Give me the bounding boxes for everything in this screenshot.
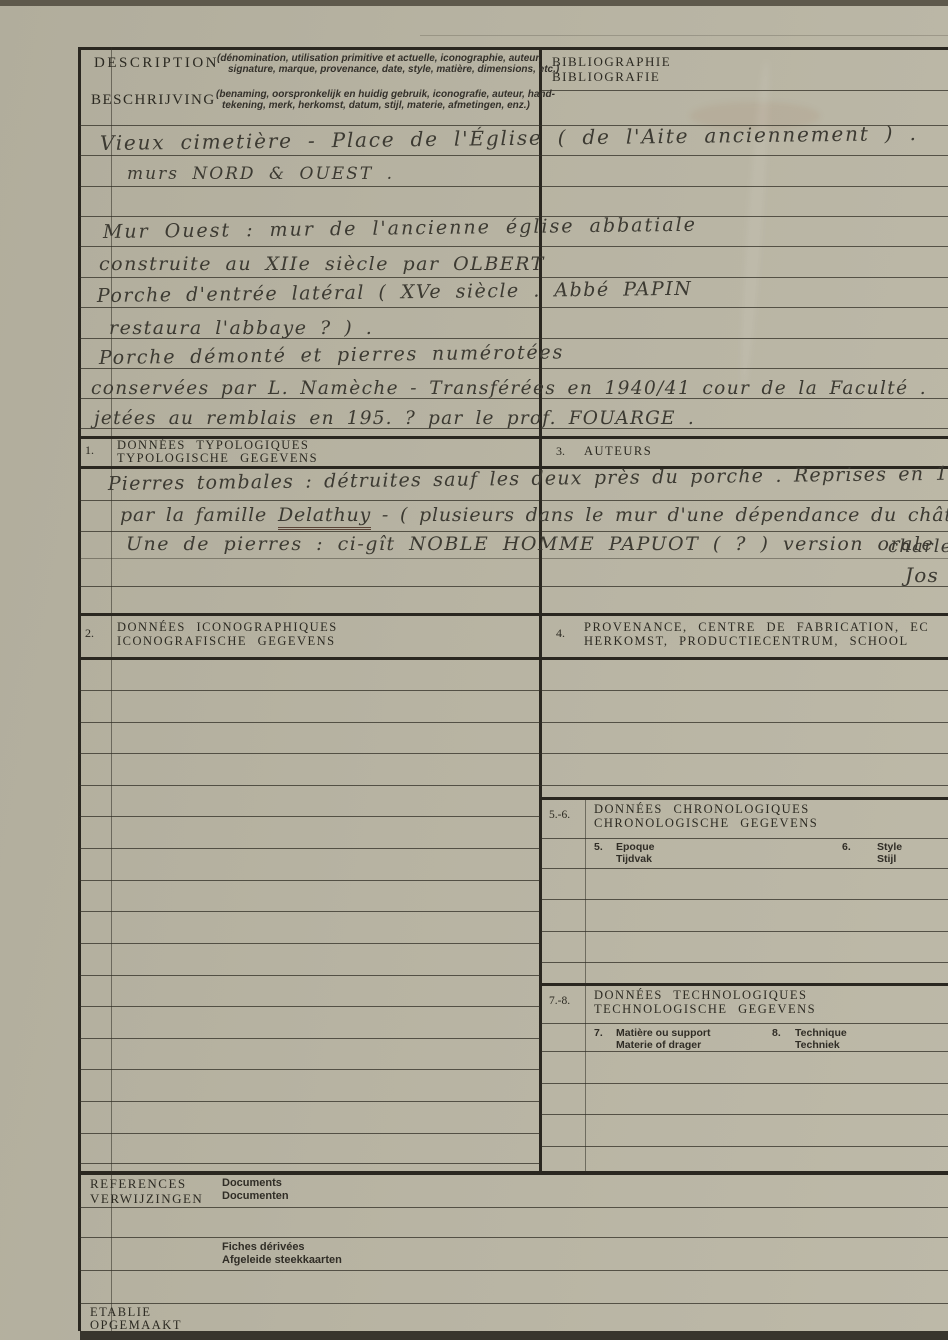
rule-line [79, 307, 948, 308]
bibliographie-label-nl: BIBLIOGRAFIE [552, 69, 660, 85]
rule-line [79, 816, 540, 817]
rule-line [79, 1038, 540, 1039]
rule-line [541, 1146, 948, 1147]
handwriting-description-line8: conservées par L. Namèche - Transférées … [91, 378, 927, 399]
rule-line [541, 1051, 948, 1052]
section-2-title-fr: DONNÉES ICONOGRAPHIQUES [117, 620, 338, 635]
handwriting-margin-note-2: Jos [905, 563, 939, 587]
section-1-number: 1. [85, 443, 94, 458]
handwriting-description-line1: Vieux cimetière - Place de l'Église ( de… [100, 121, 918, 155]
scan-bottom-edge [80, 1331, 948, 1340]
rule-line [79, 943, 540, 944]
documents-label-fr: Documents [222, 1177, 282, 1189]
beschrijving-label: BESCHRIJVING [91, 92, 216, 109]
rule-line [541, 838, 948, 839]
description-label: DESCRIPTION [94, 55, 219, 72]
etablie-label-nl: OPGEMAAKT [90, 1318, 182, 1333]
handwriting-margin-note-1: charle [888, 536, 948, 557]
field-6-label-fr: Style [877, 841, 902, 853]
rule-line [541, 868, 948, 869]
section-2-title-nl: ICONOGRAFISCHE GEGEVENS [117, 634, 336, 649]
rule-line [79, 785, 948, 786]
rule-line [79, 531, 948, 532]
field-7-number: 7. [594, 1027, 603, 1039]
section-band-line [78, 657, 948, 660]
description-note-line2: signature, marque, provenance, date, sty… [228, 64, 559, 75]
rule-line [79, 1303, 948, 1304]
scan-top-edge [0, 0, 948, 6]
rule-line [79, 246, 948, 247]
section-4-title-nl: HERKOMST, PRODUCTIECENTRUM, SCHOOL [584, 634, 909, 649]
rule-line [79, 1163, 540, 1164]
section-2-number: 2. [85, 626, 94, 641]
fiches-derivees-label-nl: Afgeleide steekkaarten [222, 1254, 342, 1266]
handwriting-description-line5: Porche d'entrée latéral ( XVe siècle . A… [97, 278, 693, 307]
field-5-label-fr: Epoque [616, 841, 655, 853]
section-band-line [539, 797, 948, 800]
rule-line [79, 1207, 948, 1208]
field-8-label-fr: Technique [795, 1027, 847, 1039]
section-1-title-nl: TYPOLOGISCHE GEGEVENS [117, 451, 318, 466]
rule-line [79, 1101, 540, 1102]
references-label-fr: REFERENCES [90, 1176, 187, 1192]
section-78-title-fr: DONNÉES TECHNOLOGIQUES [594, 988, 807, 1003]
handwriting-description-line2: murs NORD & OUEST . [127, 164, 394, 184]
handwriting-underlined-name: Delathuy [278, 504, 371, 530]
field-7-label-fr: Matière ou support [616, 1027, 711, 1039]
footer-top-border [78, 1171, 948, 1175]
section-3-title-fr: AUTEURS [584, 444, 652, 459]
rule-line [79, 1006, 540, 1007]
handwriting-description-line3: Mur Ouest : mur de l'ancienne église abb… [103, 214, 697, 243]
rule-line [79, 558, 948, 559]
field-5-label-nl: Tijdvak [616, 853, 652, 865]
references-label-nl: VERWIJZINGEN [90, 1191, 203, 1207]
section-56-title-nl: CHRONOLOGISCHE GEGEVENS [594, 816, 818, 831]
rule-line [79, 880, 540, 881]
rule-line [79, 586, 948, 587]
handwriting-typologie-line2: par la famille Delathuy - ( plusieurs da… [120, 504, 948, 526]
description-note-line1: (dénomination, utilisation primitive et … [217, 53, 542, 64]
rule-line [79, 500, 948, 501]
rule-line [541, 1023, 948, 1024]
rule-line [79, 722, 948, 723]
scanned-form-card: DESCRIPTION (dénomination, utilisation p… [0, 0, 948, 1340]
rule-line [79, 753, 948, 754]
rule-line [541, 899, 948, 900]
rule-line [79, 1270, 948, 1271]
field-8-number: 8. [772, 1027, 781, 1039]
frame-left-border [78, 47, 81, 1331]
field-5-number: 5. [594, 841, 603, 853]
rule-line [79, 1133, 540, 1134]
rule-line [541, 90, 948, 91]
rule-line [79, 155, 948, 156]
field-6-number: 6. [842, 841, 851, 853]
field-6-label-nl: Stijl [877, 853, 896, 865]
section-band-line [539, 983, 948, 986]
rule-line [79, 848, 540, 849]
section-78-title-nl: TECHNOLOGISCHE GEGEVENS [594, 1002, 816, 1017]
bibliographie-label-fr: BIBLIOGRAPHIE [552, 54, 671, 70]
rule-line [79, 911, 540, 912]
handwriting-typologie-line2-a: par la famille [120, 504, 278, 526]
frame-top-border [78, 47, 948, 50]
beschrijving-note-line2: tekening, merk, herkomst, datum, stijl, … [222, 100, 530, 111]
handwriting-description-line6: restaura l'abbaye ? ) . [109, 317, 373, 339]
handwriting-typologie-line3: Une de pierres : ci-gît NOBLE HOMME PAPU… [126, 533, 948, 555]
section-56-title-fr: DONNÉES CHRONOLOGIQUES [594, 802, 810, 817]
rule-line [541, 931, 948, 932]
rule-line [79, 186, 948, 187]
rule-line [79, 1237, 948, 1238]
section-4-title-fr: PROVENANCE, CENTRE DE FABRICATION, EC [584, 620, 929, 635]
handwriting-description-line9: jetées au remblais en 195. ? par le prof… [94, 408, 695, 429]
rule-line [541, 1083, 948, 1084]
handwriting-description-line7: Porche démonté et pierres numérotées [99, 341, 564, 369]
handwriting-description-line4: construite au XIIe siècle par OLBERT [99, 253, 545, 275]
fiches-derivees-label-fr: Fiches dérivées [222, 1241, 305, 1253]
section-78-number: 7.-8. [549, 995, 570, 1007]
rule-line [541, 962, 948, 963]
section-band-line [78, 613, 948, 616]
rule-line [79, 368, 948, 369]
rule-line [79, 277, 948, 278]
section-56-number: 5.-6. [549, 809, 570, 821]
rule-line [79, 975, 540, 976]
paper-fold-line [420, 35, 948, 36]
field-7-label-nl: Materie of drager [616, 1039, 701, 1051]
rule-line [541, 1114, 948, 1115]
beschrijving-note-line1: (benaming, oorspronkelijk en huidig gebr… [216, 89, 555, 100]
handwriting-typologie-line2-b: - ( plusieurs dans le mur d'une dépendan… [371, 504, 948, 526]
rule-line [79, 690, 948, 691]
section-3-number: 3. [556, 444, 565, 459]
section-4-number: 4. [556, 626, 565, 641]
field-8-label-nl: Techniek [795, 1039, 840, 1051]
documents-label-nl: Documenten [222, 1190, 289, 1202]
rule-line [79, 1069, 540, 1070]
